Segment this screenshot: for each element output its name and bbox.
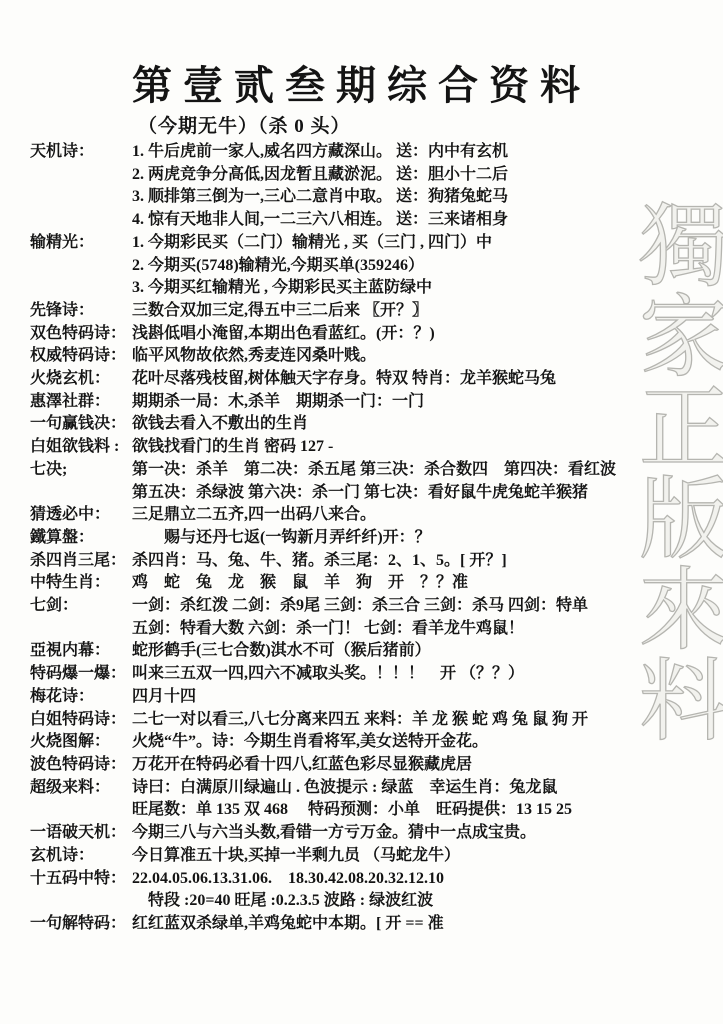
content-row: 权威特码诗：临平风物故依然,秀麦连冈桑叶贱。: [30, 345, 715, 368]
row-label: 一语破天机：: [30, 822, 132, 845]
content-row: 一句赢钱决：欲钱去看入不敷出的生肖: [30, 413, 715, 436]
row-line: 万花开在特码必看十四八,红蓝色彩尽显猴藏虎居: [132, 754, 715, 777]
row-label: 鐵算盤：: [30, 527, 132, 550]
content-row: 杀四肖三尾：杀四肖：马、兔、牛、猪。杀三尾：2、1、5。[ 开？]: [30, 550, 715, 573]
row-line: 期期杀一局：木,杀羊 期期杀一门：一门: [132, 391, 715, 414]
row-label: 中特生肖：: [30, 572, 132, 595]
row-line: 第一决：杀羊 第二决：杀五尾 第三决：杀合数四 第四决：看红波: [132, 459, 715, 482]
row-line: 五剑：特看大数 六剑：杀一门！ 七剑：看羊龙牛鸡鼠！: [132, 618, 715, 641]
row-line: 3. 今期买红输精光 , 今期彩民买主蓝防绿中: [132, 277, 715, 300]
row-line: 1. 今期彩民买（二门）输精光 , 买（三门 , 四门）中: [132, 232, 715, 255]
row-lines: 鸡 蛇 兔 龙 猴 鼠 羊 狗 开 ？？准: [132, 572, 715, 595]
row-lines: 22.04.05.06.13.31.06. 18.30.42.08.20.32.…: [132, 868, 715, 913]
row-lines: 赐与还丹七返(一钩新月弄纤纤)开：？: [132, 527, 715, 550]
row-label: 白姐欲钱料 :: [30, 436, 132, 459]
row-line: 浅斟低唱小淹留,本期出色看蓝红。(开：？): [132, 323, 715, 346]
row-lines: 诗曰：白满原川绿遍山 . 色波提示 : 绿蓝 幸运生肖：兔龙鼠旺尾数：单 135…: [132, 777, 715, 822]
row-label: 天机诗：: [30, 141, 132, 164]
row-lines: 欲钱去看入不敷出的生肖: [132, 413, 715, 436]
row-lines: 杀四肖：马、兔、牛、猪。杀三尾：2、1、5。[ 开？]: [132, 550, 715, 573]
row-lines: 1. 牛后虎前一家人,威名四方藏深山。 送：内中有玄机2. 两虎竞争分高低,因龙…: [132, 141, 715, 232]
row-lines: 浅斟低唱小淹留,本期出色看蓝红。(开：？): [132, 323, 715, 346]
row-line: 第五决：杀绿波 第六决：杀一门 第七决：看好鼠牛虎兔蛇羊猴猪: [132, 482, 715, 505]
row-line: 四月十四: [132, 686, 715, 709]
row-lines: 1. 今期彩民买（二门）输精光 , 买（三门 , 四门）中2. 今期买(5748…: [132, 232, 715, 300]
row-lines: 第一决：杀羊 第二决：杀五尾 第三决：杀合数四 第四决：看红波第五决：杀绿波 第…: [132, 459, 715, 504]
row-label: 权威特码诗：: [30, 345, 132, 368]
row-lines: 三足鼎立二五齐,四一出码八来合。: [132, 504, 715, 527]
row-lines: 二七一对以看三,八七分离来四五 来料：羊 龙 猴 蛇 鸡 兔 鼠 狗 开: [132, 709, 715, 732]
content-row: 猜透必中：三足鼎立二五齐,四一出码八来合。: [30, 504, 715, 527]
row-label: 波色特码诗：: [30, 754, 132, 777]
row-label: 惠澤社群：: [30, 391, 132, 414]
row-line: 火烧“牛”。诗：今期生肖看将军,美女送特开金花。: [132, 731, 715, 754]
content-row: 七决;第一决：杀羊 第二决：杀五尾 第三决：杀合数四 第四决：看红波第五决：杀绿…: [30, 459, 715, 504]
row-line: 诗曰：白满原川绿遍山 . 色波提示 : 绿蓝 幸运生肖：兔龙鼠: [132, 777, 715, 800]
content-row: 十五码中特：22.04.05.06.13.31.06. 18.30.42.08.…: [30, 868, 715, 913]
row-label: 白姐特码诗：: [30, 709, 132, 732]
row-label: 杀四肖三尾：: [30, 550, 132, 573]
content-row: 火烧玄机：花叶尽落残枝留,树体触天字存身。特双 特肖：龙羊猴蛇马兔: [30, 368, 715, 391]
row-line: 三足鼎立二五齐,四一出码八来合。: [132, 504, 715, 527]
content-row: 鐵算盤： 赐与还丹七返(一钩新月弄纤纤)开：？: [30, 527, 715, 550]
content-row: 惠澤社群：期期杀一局：木,杀羊 期期杀一门：一门: [30, 391, 715, 414]
row-lines: 临平风物故依然,秀麦连冈桑叶贱。: [132, 345, 715, 368]
row-label: 火烧图解：: [30, 731, 132, 754]
row-line: 2. 今期买(5748)输精光,今期买单(359246）: [132, 255, 715, 278]
content-row: 波色特码诗：万花开在特码必看十四八,红蓝色彩尽显猴藏虎居: [30, 754, 715, 777]
row-line: 欲钱去看入不敷出的生肖: [132, 413, 715, 436]
content-row: 火烧图解：火烧“牛”。诗：今期生肖看将军,美女送特开金花。: [30, 731, 715, 754]
content-row: 输精光：1. 今期彩民买（二门）输精光 , 买（三门 , 四门）中2. 今期买(…: [30, 232, 715, 300]
row-label: 亞視内幕：: [30, 640, 132, 663]
row-line: 特段 :20=40 旺尾 :0.2.3.5 波路 : 绿波红波: [132, 890, 715, 913]
row-line: 旺尾数：单 135 双 468 特码预测：小单 旺码提供：13 15 25: [132, 799, 715, 822]
row-line: 蛇形鹤手(三七合数)淇水不可（猴后猪前）: [132, 640, 715, 663]
row-line: 今日算准五十块,买掉一半剩九员 （马蛇龙牛）: [132, 845, 715, 868]
row-line: 一剑：杀红泼 二剑：杀9尾 三剑：杀三合 三剑：杀马 四剑：特单: [132, 595, 715, 618]
row-label: 火烧玄机：: [30, 368, 132, 391]
content-row: 中特生肖：鸡 蛇 兔 龙 猴 鼠 羊 狗 开 ？？准: [30, 572, 715, 595]
row-lines: 今期三八与六当头数,看错一方亏万金。猜中一点成宝贵。: [132, 822, 715, 845]
row-label: 七决;: [30, 459, 132, 482]
row-lines: 四月十四: [132, 686, 715, 709]
row-label: 七剑：: [30, 595, 132, 618]
content-row: 白姐欲钱料 :欲钱找看门的生肖 密码 127 -: [30, 436, 715, 459]
row-line: 鸡 蛇 兔 龙 猴 鼠 羊 狗 开 ？？准: [132, 572, 715, 595]
row-lines: 期期杀一局：木,杀羊 期期杀一门：一门: [132, 391, 715, 414]
row-line: 3. 顺排第三倒为一,三心二意肖中取。 送：狗猪兔蛇马: [132, 186, 715, 209]
row-label: 一句赢钱决：: [30, 413, 132, 436]
row-lines: 叫来三五双一四,四六不减取头奖。！！！ 开 （？？）: [132, 663, 715, 686]
content-row: 天机诗：1. 牛后虎前一家人,威名四方藏深山。 送：内中有玄机2. 两虎竞争分高…: [30, 141, 715, 232]
row-lines: 今日算准五十块,买掉一半剩九员 （马蛇龙牛）: [132, 845, 715, 868]
row-label: 十五码中特：: [30, 868, 132, 891]
content-row: 玄机诗：今日算准五十块,买掉一半剩九员 （马蛇龙牛）: [30, 845, 715, 868]
row-label: 超级来料：: [30, 777, 132, 800]
content-row: 双色特码诗：浅斟低唱小淹留,本期出色看蓝红。(开：？): [30, 323, 715, 346]
row-label: 双色特码诗：: [30, 323, 132, 346]
page-title: 第壹贰叁期综合资料: [0, 54, 723, 111]
row-line: 临平风物故依然,秀麦连冈桑叶贱。: [132, 345, 715, 368]
row-label: 特码爆一爆：: [30, 663, 132, 686]
content-row: 一句解特码：红红蓝双杀绿单,羊鸡兔蛇中本期。[ 开 == 准: [30, 913, 715, 936]
content-row: 七剑：一剑：杀红泼 二剑：杀9尾 三剑：杀三合 三剑：杀马 四剑：特单五剑：特看…: [30, 595, 715, 640]
content-row: 特码爆一爆：叫来三五双一四,四六不减取头奖。！！！ 开 （？？）: [30, 663, 715, 686]
content-row: 超级来料：诗曰：白满原川绿遍山 . 色波提示 : 绿蓝 幸运生肖：兔龙鼠旺尾数：…: [30, 777, 715, 822]
row-line: 叫来三五双一四,四六不减取头奖。！！！ 开 （？？）: [132, 663, 715, 686]
content-rows: 天机诗：1. 牛后虎前一家人,威名四方藏深山。 送：内中有玄机2. 两虎竞争分高…: [30, 141, 715, 936]
row-line: 三数合双加三定,得五中三二后来 〖开？〗: [132, 300, 715, 323]
row-lines: 蛇形鹤手(三七合数)淇水不可（猴后猪前）: [132, 640, 715, 663]
row-lines: 红红蓝双杀绿单,羊鸡兔蛇中本期。[ 开 == 准: [132, 913, 715, 936]
row-label: 一句解特码：: [30, 913, 132, 936]
row-line: 22.04.05.06.13.31.06. 18.30.42.08.20.32.…: [132, 868, 715, 891]
row-lines: 欲钱找看门的生肖 密码 127 -: [132, 436, 715, 459]
row-lines: 三数合双加三定,得五中三二后来 〖开？〗: [132, 300, 715, 323]
row-lines: 花叶尽落残枝留,树体触天字存身。特双 特肖：龙羊猴蛇马兔: [132, 368, 715, 391]
content-row: 白姐特码诗：二七一对以看三,八七分离来四五 来料：羊 龙 猴 蛇 鸡 兔 鼠 狗…: [30, 709, 715, 732]
row-line: 赐与还丹七返(一钩新月弄纤纤)开：？: [132, 527, 715, 550]
row-lines: 火烧“牛”。诗：今期生肖看将军,美女送特开金花。: [132, 731, 715, 754]
row-line: 花叶尽落残枝留,树体触天字存身。特双 特肖：龙羊猴蛇马兔: [132, 368, 715, 391]
row-lines: 一剑：杀红泼 二剑：杀9尾 三剑：杀三合 三剑：杀马 四剑：特单五剑：特看大数 …: [132, 595, 715, 640]
document-page: 第壹贰叁期综合资料 （今期无牛）（杀 0 头） 獨家正版來料 天机诗：1. 牛后…: [0, 0, 723, 1024]
row-line: 杀四肖：马、兔、牛、猪。杀三尾：2、1、5。[ 开？]: [132, 550, 715, 573]
row-line: 红红蓝双杀绿单,羊鸡兔蛇中本期。[ 开 == 准: [132, 913, 715, 936]
content-row: 梅花诗：四月十四: [30, 686, 715, 709]
row-line: 二七一对以看三,八七分离来四五 来料：羊 龙 猴 蛇 鸡 兔 鼠 狗 开: [132, 709, 715, 732]
row-line: 2. 两虎竞争分高低,因龙暂且藏淤泥。 送：胆小十二后: [132, 164, 715, 187]
subtitle-note: （今期无牛）（杀 0 头）: [138, 111, 351, 138]
row-lines: 万花开在特码必看十四八,红蓝色彩尽显猴藏虎居: [132, 754, 715, 777]
content-row: 先锋诗：三数合双加三定,得五中三二后来 〖开？〗: [30, 300, 715, 323]
row-line: 4. 惊有天地非人间,一二三六八相连。 送：三来诸相身: [132, 209, 715, 232]
row-line: 欲钱找看门的生肖 密码 127 -: [132, 436, 715, 459]
content-row: 亞視内幕：蛇形鹤手(三七合数)淇水不可（猴后猪前）: [30, 640, 715, 663]
row-label: 梅花诗：: [30, 686, 132, 709]
row-label: 输精光：: [30, 232, 132, 255]
row-label: 猜透必中：: [30, 504, 132, 527]
row-label: 玄机诗：: [30, 845, 132, 868]
content-row: 一语破天机：今期三八与六当头数,看错一方亏万金。猜中一点成宝贵。: [30, 822, 715, 845]
row-label: 先锋诗：: [30, 300, 132, 323]
row-line: 1. 牛后虎前一家人,威名四方藏深山。 送：内中有玄机: [132, 141, 715, 164]
row-line: 今期三八与六当头数,看错一方亏万金。猜中一点成宝贵。: [132, 822, 715, 845]
